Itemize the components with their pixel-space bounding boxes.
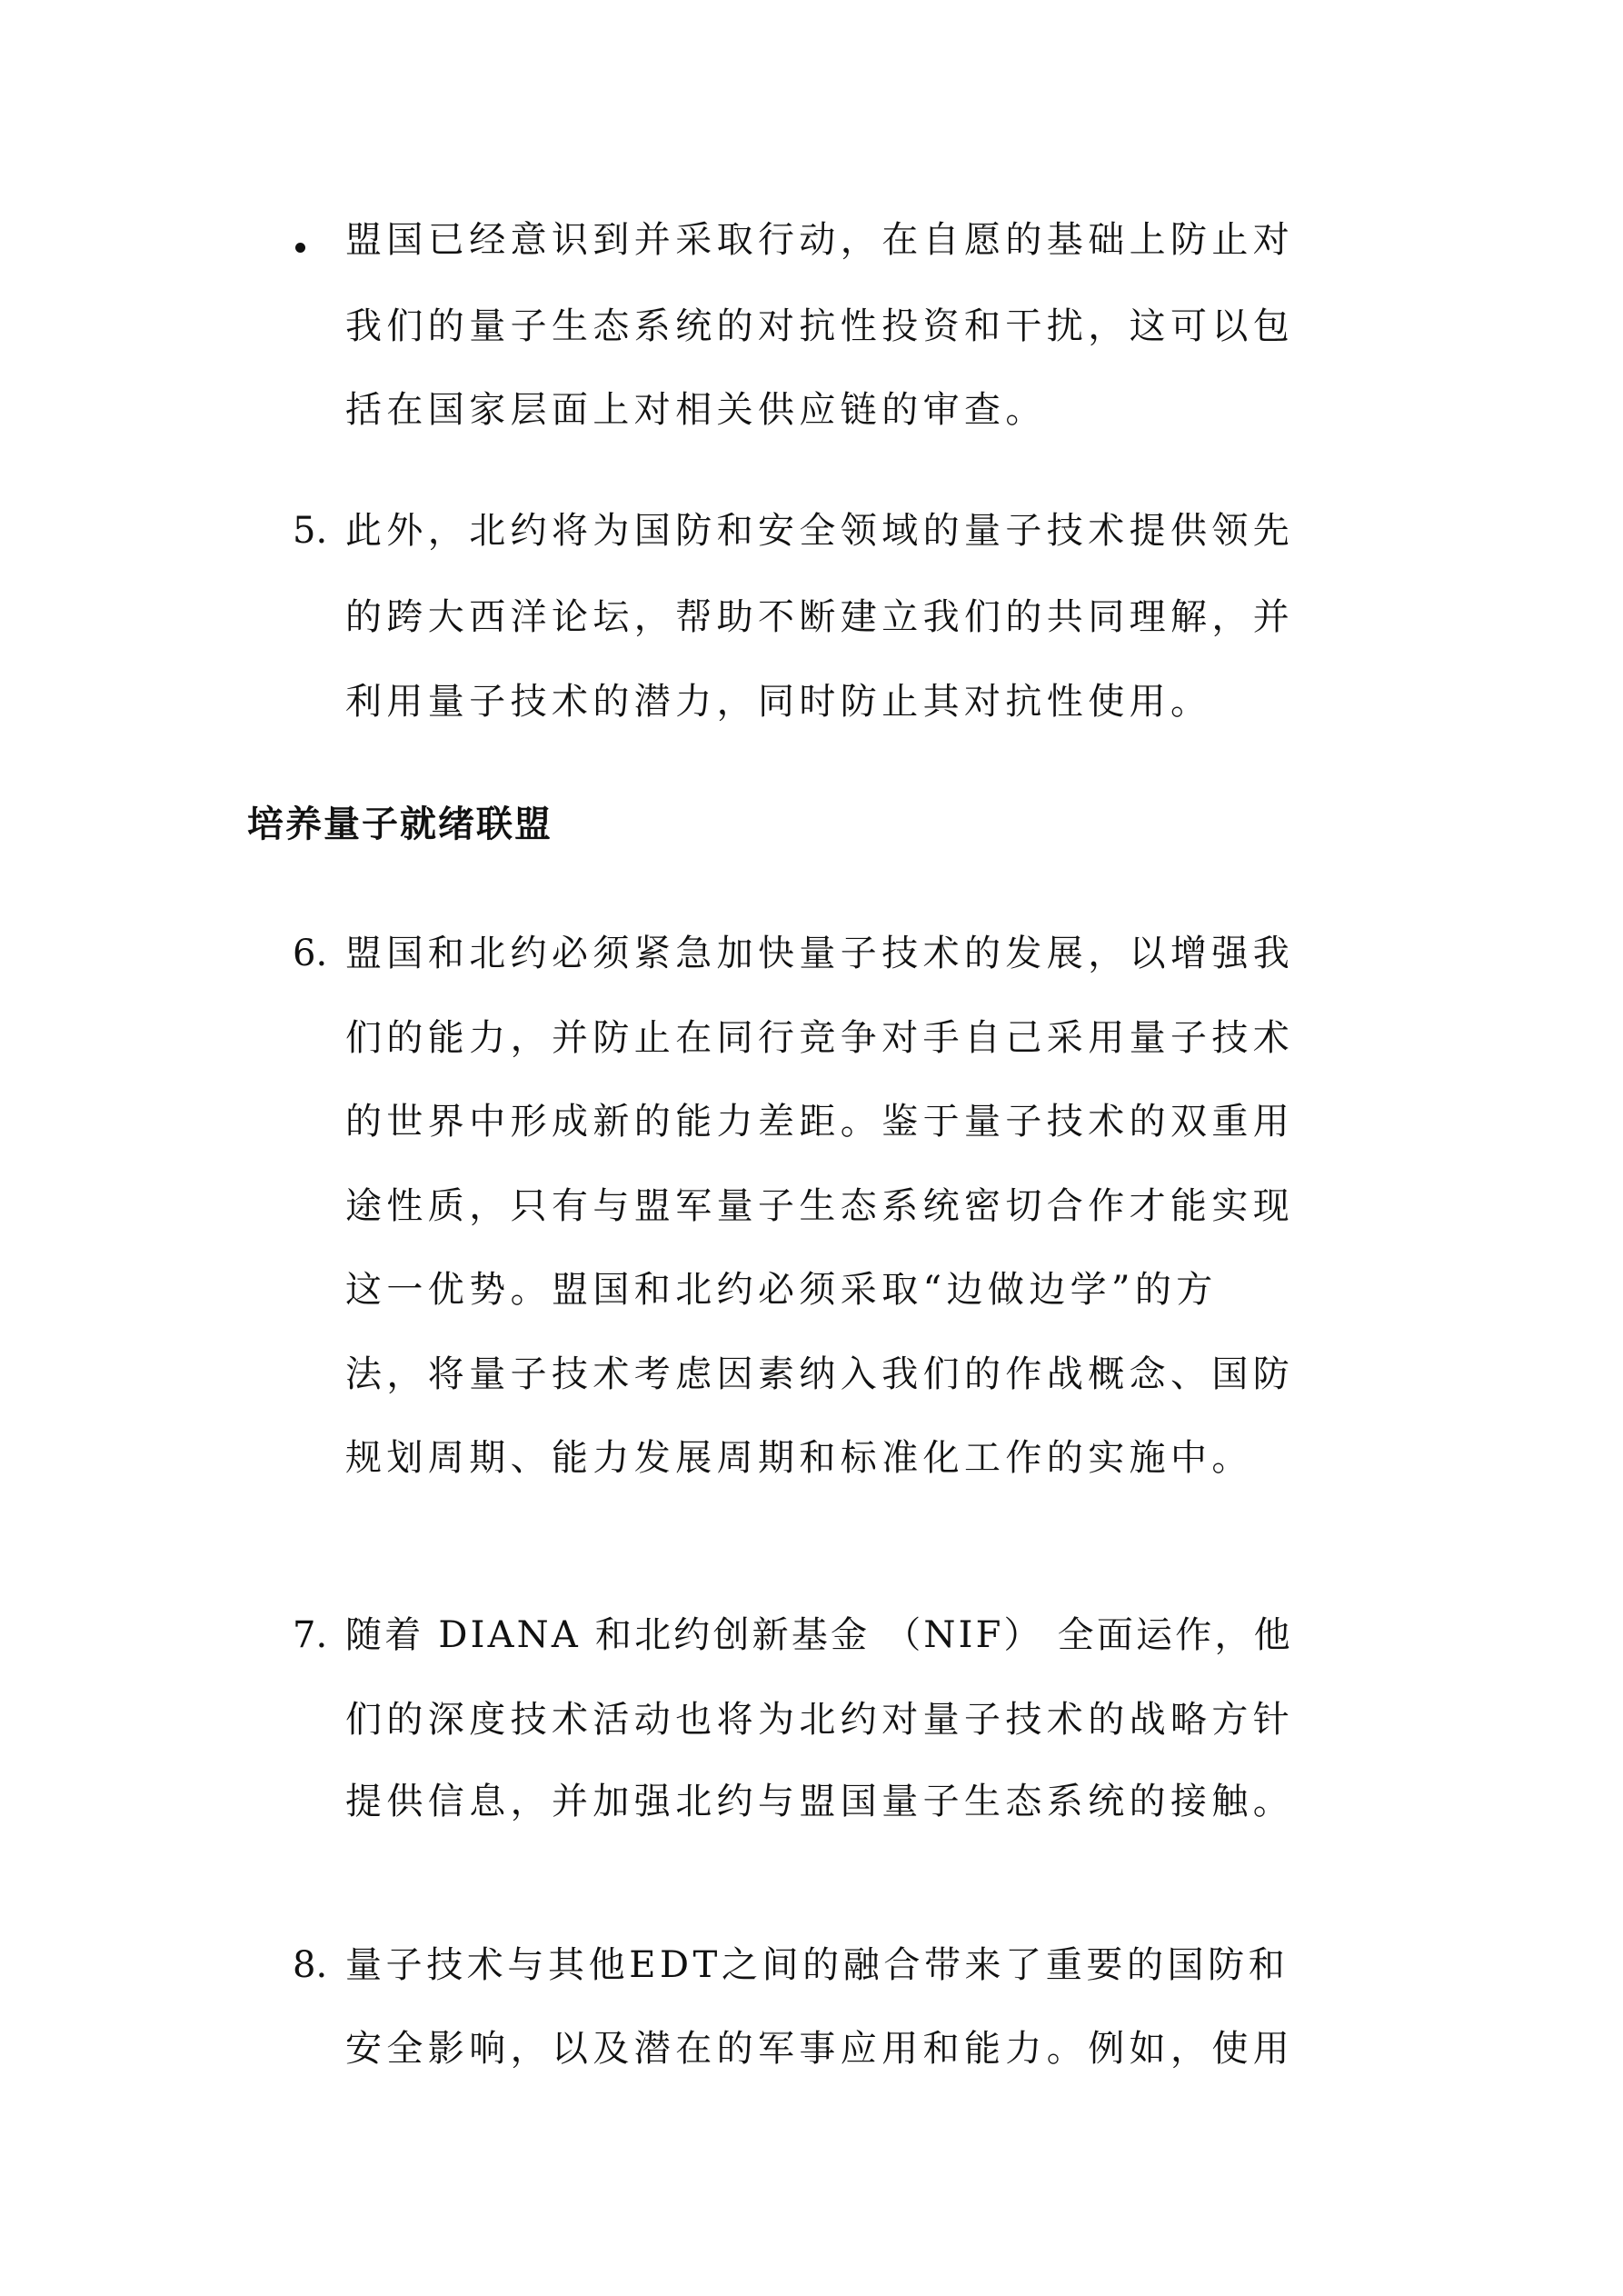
- text-line: 盟国已经意识到并采取行动，在自愿的基础上防止对: [345, 218, 1294, 262]
- text-line: 规划周期、能力发展周期和标准化工作的实施中。: [345, 1436, 1253, 1480]
- text-line: 括在国家层面上对相关供应链的审查。: [345, 388, 1047, 432]
- text-line: 法，将量子技术考虑因素纳入我们的作战概念、国防: [345, 1353, 1294, 1396]
- text-line: 我们的量子生态系统的对抗性投资和干扰，这可以包: [345, 304, 1294, 348]
- text-line: 量子技术与其他EDT之间的融合带来了重要的国防和: [345, 1943, 1289, 1987]
- text-line: 们的深度技术活动也将为北约对量子技术的战略方针: [345, 1698, 1294, 1742]
- paragraph-number: 6.: [293, 932, 327, 975]
- bullet-icon: [295, 243, 305, 253]
- text-line: 的世界中形成新的能力差距。鉴于量子技术的双重用: [345, 1100, 1294, 1143]
- text-line: 这一优势。盟国和北约必须采取“边做边学”的方: [345, 1268, 1218, 1312]
- text-line: 盟国和北约必须紧急加快量子技术的发展，以增强我: [345, 932, 1294, 975]
- text-line: 的跨大西洋论坛，帮助不断建立我们的共同理解，并: [345, 595, 1294, 639]
- paragraph-number: 7.: [293, 1613, 327, 1657]
- text-line: 随着 DIANA 和北约创新基金 （NIF） 全面运作，他: [345, 1613, 1293, 1657]
- text-line: 们的能力，并防止在同行竞争对手自己采用量子技术: [345, 1016, 1294, 1060]
- text-line: 此外，北约将为国防和安全领域的量子技术提供领先: [345, 509, 1294, 553]
- paragraph-number: 8.: [293, 1943, 327, 1987]
- text-line: 提供信息，并加强北约与盟国量子生态系统的接触。: [345, 1780, 1294, 1823]
- text-line: 利用量子技术的潜力，同时防止其对抗性使用。: [345, 680, 1211, 724]
- paragraph-number: 5.: [293, 509, 327, 553]
- section-heading: 培养量子就绪联盟: [247, 803, 553, 846]
- text-line: 途性质，只有与盟军量子生态系统密切合作才能实现: [345, 1184, 1294, 1228]
- text-line: 安全影响，以及潜在的军事应用和能力。例如，使用: [345, 2027, 1294, 2071]
